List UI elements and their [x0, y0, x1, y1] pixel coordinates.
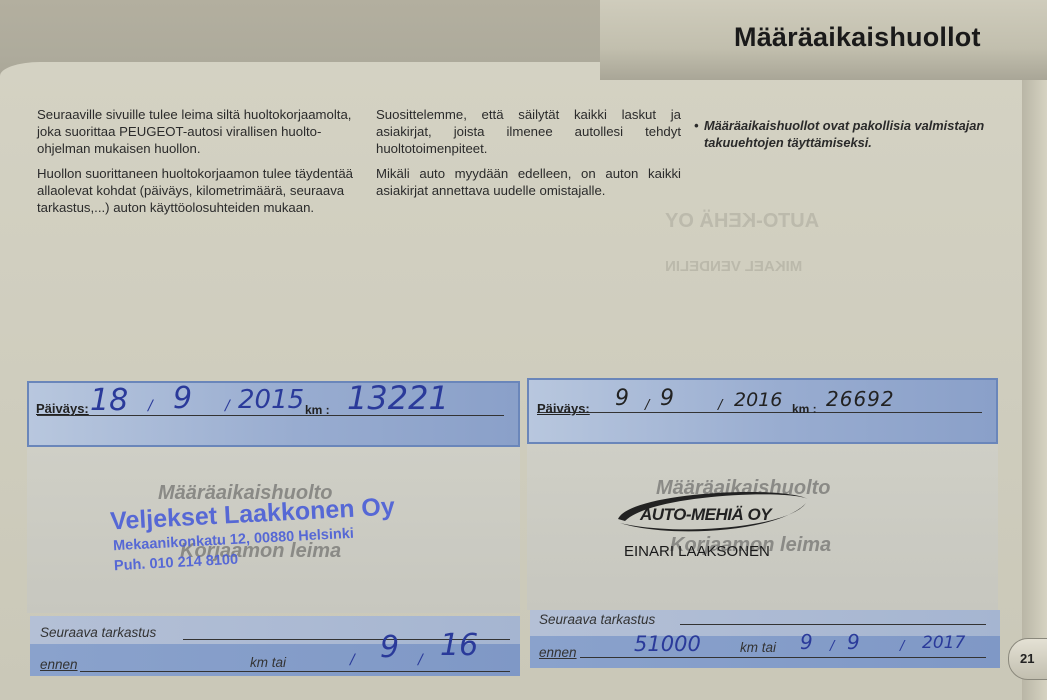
service-record-2-date-box	[527, 378, 998, 444]
separator: /	[830, 639, 834, 654]
warranty-note-text: Määräaikaishuollot ovat pakollisia valmi…	[704, 118, 984, 150]
km-or-label: km tai	[250, 655, 286, 670]
intro-paragraph: Huollon suorittaneen huoltokorjaamon tul…	[37, 165, 357, 216]
date-line	[537, 412, 982, 413]
record-2-next-year[interactable]: 2017	[922, 633, 965, 653]
rule	[580, 657, 986, 658]
record-1-month[interactable]: 9	[173, 381, 192, 416]
page-edge	[1022, 80, 1047, 700]
separator: /	[418, 652, 423, 668]
separator: /	[645, 398, 649, 413]
record-2-next-month[interactable]: 9	[847, 630, 860, 654]
record-2-km[interactable]: 26692	[826, 387, 895, 411]
bullet-icon: •	[694, 117, 698, 134]
record-2-next-km[interactable]: 51000	[634, 632, 701, 656]
record-2-year[interactable]: 2016	[734, 389, 782, 411]
before-label: ennen	[539, 645, 577, 660]
next-inspection-label: Seuraava tarkastus	[40, 625, 156, 640]
record-2-day[interactable]: 9	[615, 386, 629, 411]
record-1-next-year[interactable]: 16	[440, 628, 478, 663]
date-label: Päiväys:	[36, 401, 89, 416]
separator: /	[900, 639, 904, 654]
km-or-label: km tai	[740, 640, 776, 655]
page-title: Määräaikaishuollot	[734, 22, 981, 53]
km-label: km :	[792, 402, 817, 416]
record-1-year[interactable]: 2015	[238, 385, 304, 415]
next-inspection-label: Seuraava tarkastus	[539, 612, 655, 627]
rule	[680, 624, 986, 625]
separator: /	[148, 398, 153, 414]
intro-paragraph: Seuraaville sivuille tulee leima siltä h…	[37, 106, 357, 157]
workshop-stamp-person: EINARI LAAKSONEN	[624, 543, 770, 560]
record-2-month[interactable]: 9	[660, 386, 674, 411]
before-label: ennen	[40, 657, 78, 672]
separator: /	[718, 398, 722, 413]
separator: /	[350, 652, 355, 668]
intro-paragraph: Mikäli auto myydään edelleen, on auton k…	[376, 165, 681, 199]
record-2-next-day[interactable]: 9	[800, 630, 813, 654]
date-label: Päiväys:	[537, 401, 590, 416]
separator: /	[225, 398, 230, 414]
showthrough-stamp: AUTO-KEHÄ OY	[665, 210, 819, 233]
rule	[80, 671, 510, 672]
intro-column-1: Seuraaville sivuille tulee leima siltä h…	[37, 106, 357, 224]
km-label: km :	[305, 403, 330, 417]
warranty-note: • Määräaikaishuollot ovat pakollisia val…	[704, 117, 1004, 151]
record-1-day[interactable]: 18	[90, 383, 128, 418]
intro-column-2: Suosittelemme, että säilytät kaikki lask…	[376, 106, 681, 207]
intro-paragraph: Suosittelemme, että säilytät kaikki lask…	[376, 106, 681, 157]
record-1-km[interactable]: 13221	[347, 379, 449, 417]
page-number: 21	[1020, 651, 1034, 666]
showthrough-name: MIKAEL VENDELIN	[665, 258, 802, 275]
record-1-next-month[interactable]: 9	[380, 630, 399, 665]
workshop-stamp-company: AUTO-MEHIÄ OY	[640, 505, 771, 525]
